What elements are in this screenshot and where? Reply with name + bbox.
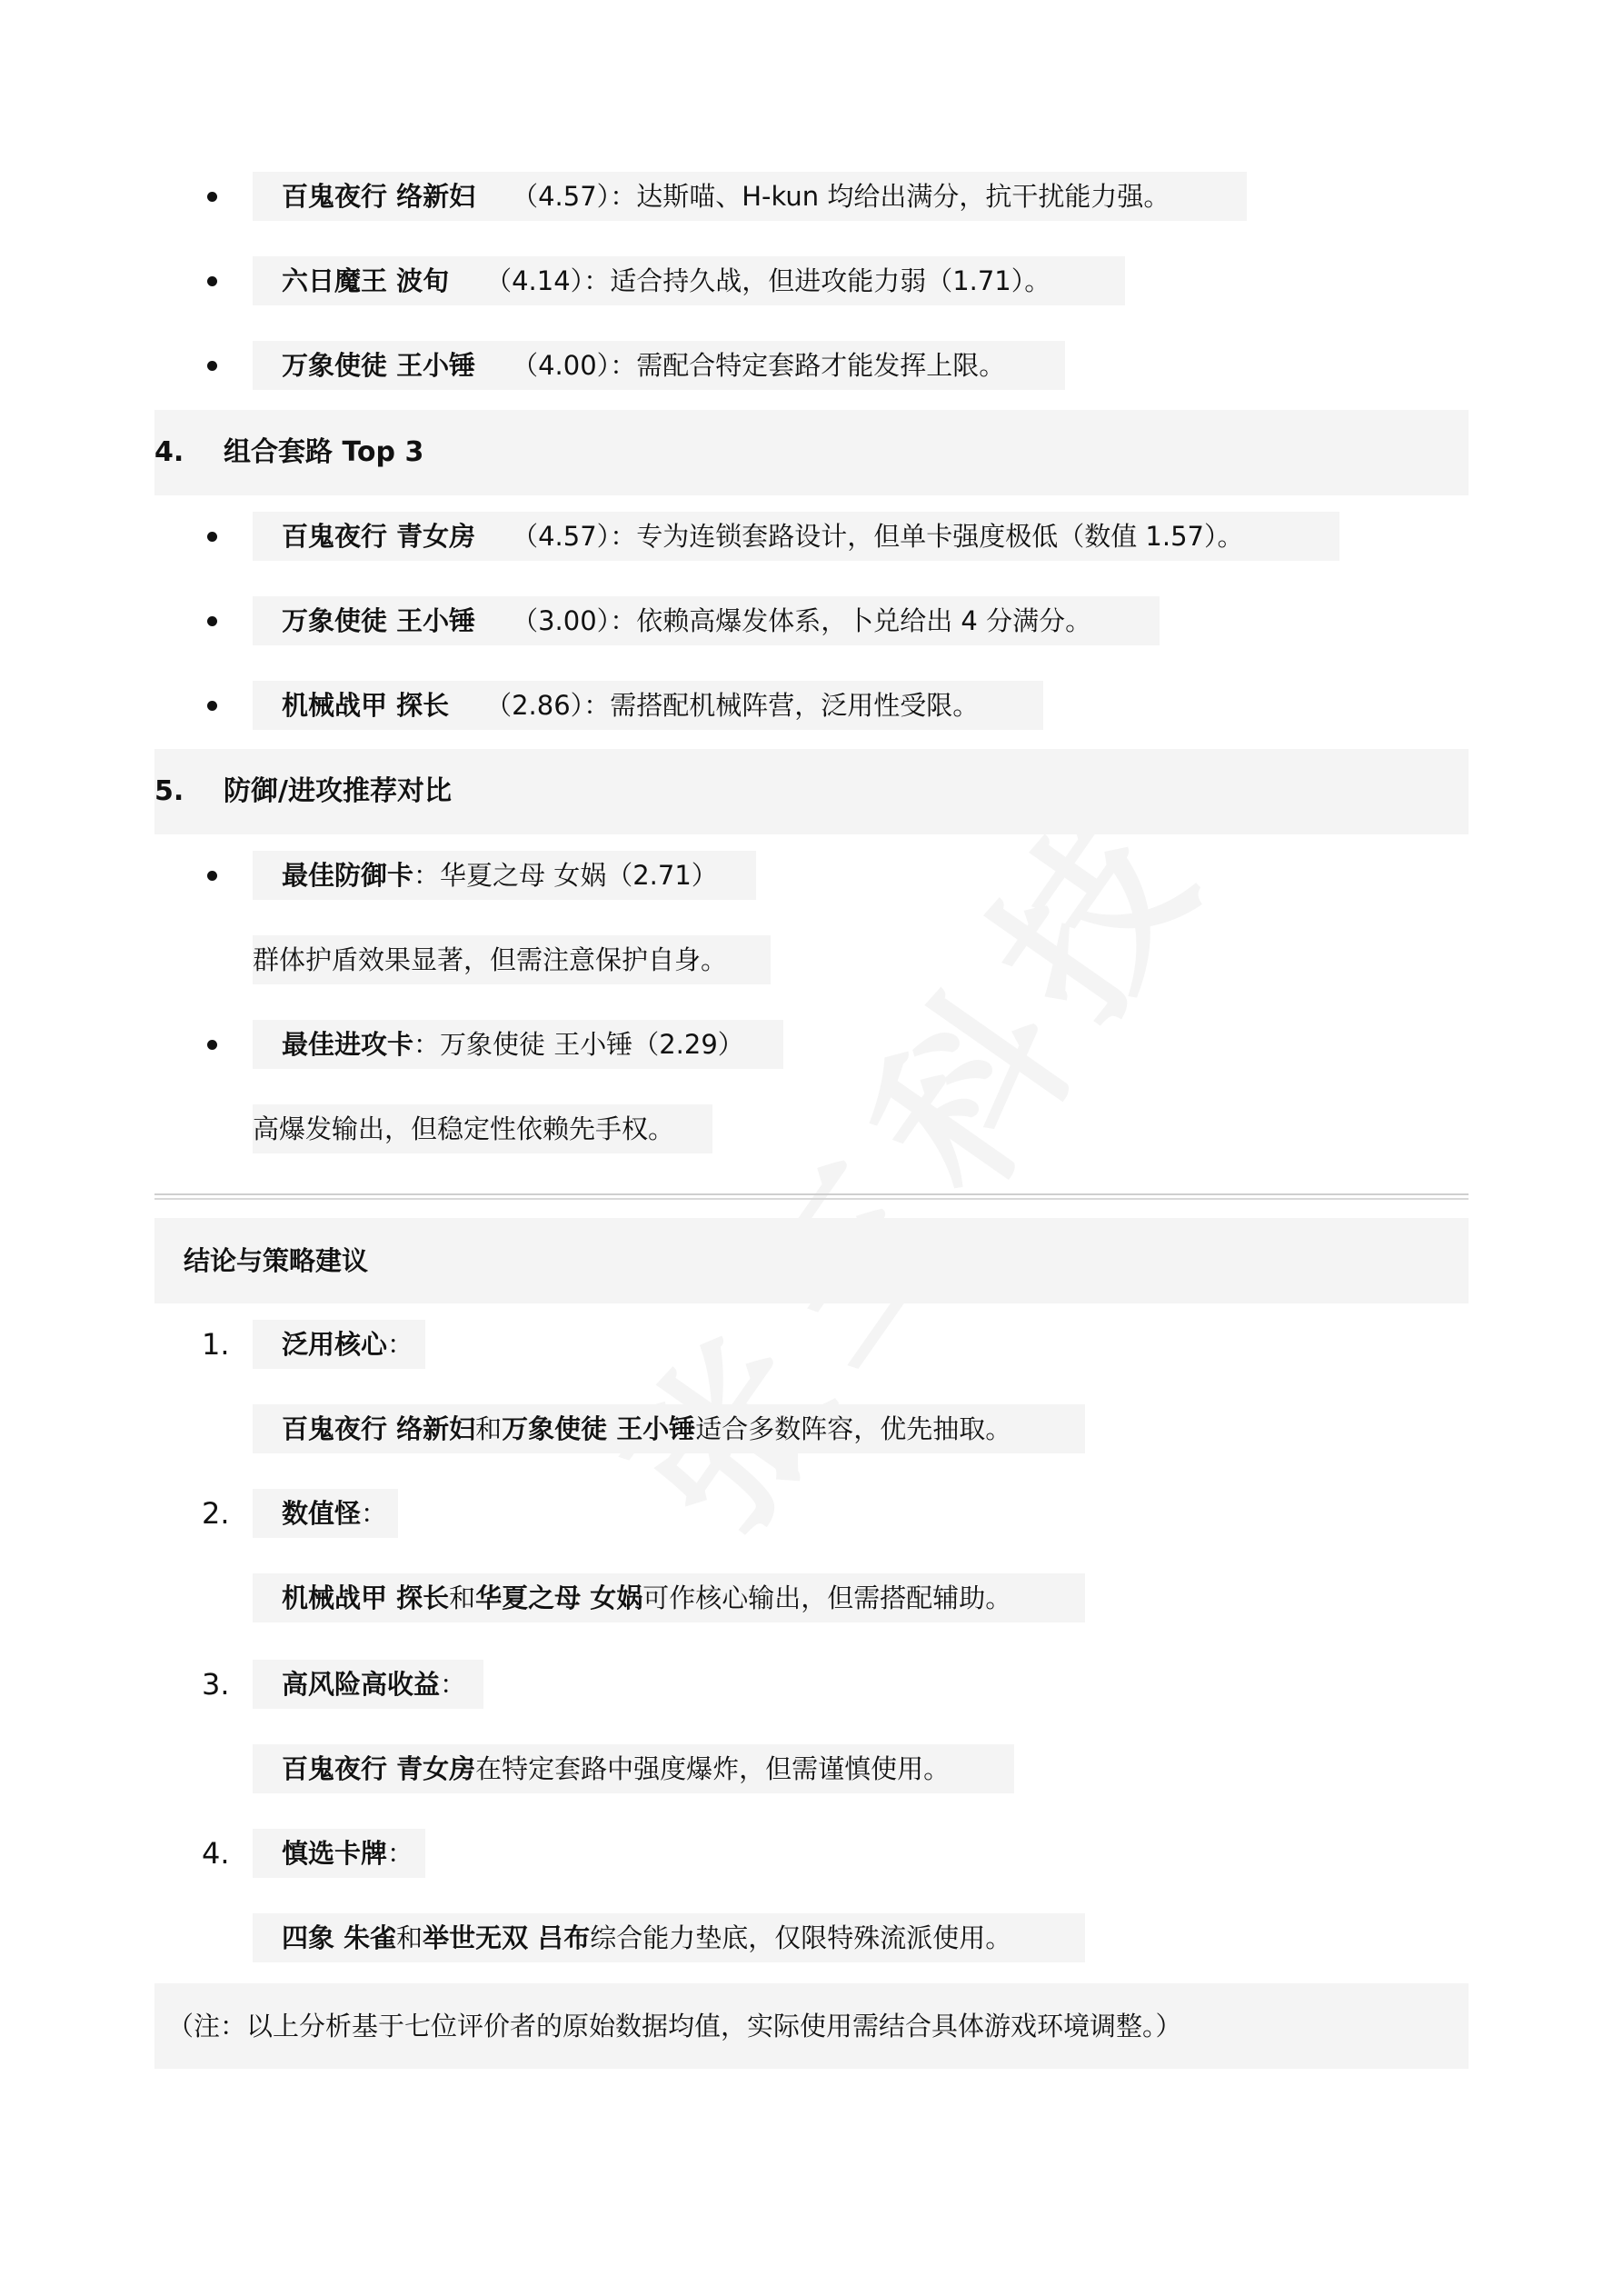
section-heading-4: 4.组合套路 Top 3 <box>154 410 1469 495</box>
item-label: 数值怪 <box>282 1498 361 1529</box>
conclusion-item-label: 高风险高收益： <box>253 1660 483 1709</box>
bullet-icon <box>207 701 217 711</box>
item-colon: ： <box>361 1498 387 1529</box>
bullet-icon <box>207 532 217 542</box>
detail-bold: 四象 朱雀 <box>282 1922 396 1953</box>
item-value: ：华夏之母 女娲（2.71） <box>413 860 718 891</box>
card-score: （4.57） <box>512 521 610 552</box>
card-name: 万象使徒 王小锤 <box>282 350 475 381</box>
detail-text: 综合能力垫底，仅限特殊流派使用。 <box>590 1922 1011 1953</box>
card-desc: ：依赖高爆发体系，卜兑给出 4 分满分。 <box>610 605 1091 636</box>
item-colon: ： <box>440 1669 466 1700</box>
conclusion-item-detail: 百鬼夜行 青女房在特定套路中强度爆炸，但需谨慎使用。 <box>253 1744 1014 1793</box>
section-title: 结论与策略建议 <box>184 1245 368 1276</box>
item-colon: ： <box>387 1329 413 1360</box>
list-number: 1. <box>202 1320 230 1369</box>
card-desc: ：适合持久战，但进攻能力弱（1.71）。 <box>583 265 1050 296</box>
detail-bold: 万象使徒 王小锤 <box>502 1413 695 1444</box>
bullet-icon <box>207 1040 217 1050</box>
detail-text: 和 <box>449 1582 475 1613</box>
detail-bold: 百鬼夜行 青女房 <box>282 1753 475 1784</box>
item-label: 最佳进攻卡 <box>282 1029 413 1060</box>
bullet-icon <box>207 616 217 626</box>
item-label: 高风险高收益 <box>282 1669 440 1700</box>
item-label: 泛用核心 <box>282 1329 387 1360</box>
card-name: 百鬼夜行 青女房 <box>282 521 475 552</box>
list-item: 百鬼夜行 络新妇（4.57）：达斯喵、H-kun 均给出满分，抗干扰能力强。 <box>253 172 1247 221</box>
card-name: 百鬼夜行 络新妇 <box>282 181 475 212</box>
item-label: 最佳防御卡 <box>282 860 413 891</box>
card-desc: ：需搭配机械阵营，泛用性受限。 <box>583 690 979 721</box>
item-label: 慎选卡牌 <box>282 1838 387 1869</box>
detail-text: 在特定套路中强度爆炸，但需谨慎使用。 <box>475 1753 950 1784</box>
item-note-text: 高爆发输出，但稳定性依赖先手权。 <box>253 1113 674 1144</box>
detail-text: 可作核心输出，但需搭配辅助。 <box>642 1582 1011 1613</box>
section-number: 5. <box>154 749 224 834</box>
card-score: （4.00） <box>512 350 610 381</box>
conclusion-item-label: 慎选卡牌： <box>253 1829 425 1878</box>
conclusion-item-label: 数值怪： <box>253 1489 398 1538</box>
item-note: 高爆发输出，但稳定性依赖先手权。 <box>253 1104 712 1153</box>
conclusion-item-label: 泛用核心： <box>253 1320 425 1369</box>
detail-bold: 机械战甲 探长 <box>282 1582 449 1613</box>
list-item: 机械战甲 探长（2.86）：需搭配机械阵营，泛用性受限。 <box>253 681 1043 730</box>
list-item-defense: 最佳防御卡：华夏之母 女娲（2.71） <box>253 851 756 900</box>
bullet-icon <box>207 361 217 371</box>
list-item: 万象使徒 王小锤（3.00）：依赖高爆发体系，卜兑给出 4 分满分。 <box>253 596 1160 645</box>
bullet-icon <box>207 871 217 881</box>
detail-text: 和 <box>475 1413 502 1444</box>
detail-text: 适合多数阵容，优先抽取。 <box>695 1413 1011 1444</box>
card-name: 万象使徒 王小锤 <box>282 605 475 636</box>
card-score: （3.00） <box>512 605 610 636</box>
section-title: 组合套路 Top 3 <box>224 436 423 468</box>
footnote-text: （注：以上分析基于七位评价者的原始数据均值，实际使用需结合具体游戏环境调整。） <box>167 2011 1182 2041</box>
conclusion-heading: 结论与策略建议 <box>154 1218 1469 1303</box>
list-item: 百鬼夜行 青女房（4.57）：专为连锁套路设计，但单卡强度极低（数值 1.57）… <box>253 512 1339 561</box>
item-note: 群体护盾效果显著，但需注意保护自身。 <box>253 935 771 984</box>
item-value: ：万象使徒 王小锤（2.29） <box>413 1029 744 1060</box>
conclusion-item-detail: 四象 朱雀和举世无双 吕布综合能力垫底，仅限特殊流派使用。 <box>253 1913 1085 1962</box>
detail-bold: 举世无双 吕布 <box>423 1922 590 1953</box>
bullet-icon <box>207 192 217 202</box>
card-name: 机械战甲 探长 <box>282 690 449 721</box>
card-desc: ：达斯喵、H-kun 均给出满分，抗干扰能力强。 <box>610 181 1170 212</box>
detail-bold: 百鬼夜行 络新妇 <box>282 1413 475 1444</box>
card-name: 六日魔王 波旬 <box>282 265 449 296</box>
list-item: 六日魔王 波旬（4.14）：适合持久战，但进攻能力弱（1.71）。 <box>253 256 1125 305</box>
footnote-band: （注：以上分析基于七位评价者的原始数据均值，实际使用需结合具体游戏环境调整。） <box>154 1983 1469 2069</box>
item-note-text: 群体护盾效果显著，但需注意保护自身。 <box>253 944 727 975</box>
card-score: （4.14） <box>485 265 583 296</box>
card-score: （4.57） <box>512 181 610 212</box>
conclusion-item-detail: 机械战甲 探长和华夏之母 女娲可作核心输出，但需搭配辅助。 <box>253 1573 1085 1622</box>
section-number: 4. <box>154 410 224 495</box>
card-desc: ：专为连锁套路设计，但单卡强度极低（数值 1.57）。 <box>610 521 1243 552</box>
bullet-icon <box>207 276 217 286</box>
list-number: 3. <box>202 1660 230 1709</box>
detail-text: 和 <box>396 1922 423 1953</box>
section-heading-5: 5.防御/进攻推荐对比 <box>154 749 1469 834</box>
item-colon: ： <box>387 1838 413 1869</box>
list-number: 2. <box>202 1489 230 1538</box>
card-score: （2.86） <box>485 690 583 721</box>
card-desc: ：需配合特定套路才能发挥上限。 <box>610 350 1005 381</box>
conclusion-item-detail: 百鬼夜行 络新妇和万象使徒 王小锤适合多数阵容，优先抽取。 <box>253 1404 1085 1453</box>
list-number: 4. <box>202 1829 230 1878</box>
list-item-attack: 最佳进攻卡：万象使徒 王小锤（2.29） <box>253 1020 783 1069</box>
detail-bold: 华夏之母 女娲 <box>475 1582 642 1613</box>
section-title: 防御/进攻推荐对比 <box>224 775 452 807</box>
horizontal-divider <box>154 1193 1469 1200</box>
list-item: 万象使徒 王小锤（4.00）：需配合特定套路才能发挥上限。 <box>253 341 1065 390</box>
